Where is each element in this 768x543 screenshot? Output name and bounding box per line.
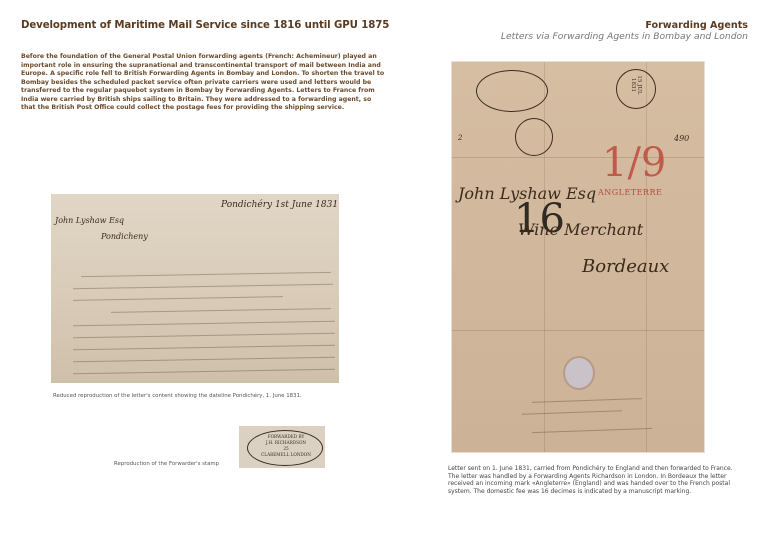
section-subtitle: Letters via Forwarding Agents in Bombay … [501,31,748,42]
letter-content-image: Pondichéry 1st June 1831 John Lyshaw Esq… [51,194,339,383]
letter-place: Pondicheny [101,232,148,241]
address-line-3: Bordeaux [582,256,669,277]
transit-stamp-circle [515,118,553,156]
fee-red: 1/9 [602,140,666,186]
forwarder-stamp-image: FORWARDED BY J.H. RICHARDSON 25 CLAREMEL… [239,426,325,468]
angleterre-mark: ANGLETERRE [598,188,662,197]
letter-salutation: John Lyshaw Esq [55,216,124,225]
address-line-2: Wine Merchant [518,220,643,239]
letter-content-caption: Reduced reproduction of the letter's con… [53,393,302,399]
letter-cover-image: 15 JUL 1831 2 490 1/9 John Lyshaw Esq AN… [452,62,704,452]
intro-paragraph: Before the foundation of the General Pos… [21,53,386,113]
page-title: Development of Maritime Mail Service sin… [21,20,389,31]
letter-dateline: Pondichéry 1st June 1831 [221,200,338,210]
section-title: Forwarding Agents [645,20,748,31]
cover-caption: Letter sent on 1. June 1831, carried fro… [448,465,738,495]
date-stamp-circle: 15 JUL 1831 [616,69,656,109]
forwarder-stamp-mark [476,70,548,112]
stamp-caption: Reproduction of the Forwarder's stamp [114,461,219,467]
wax-seal [565,358,593,388]
